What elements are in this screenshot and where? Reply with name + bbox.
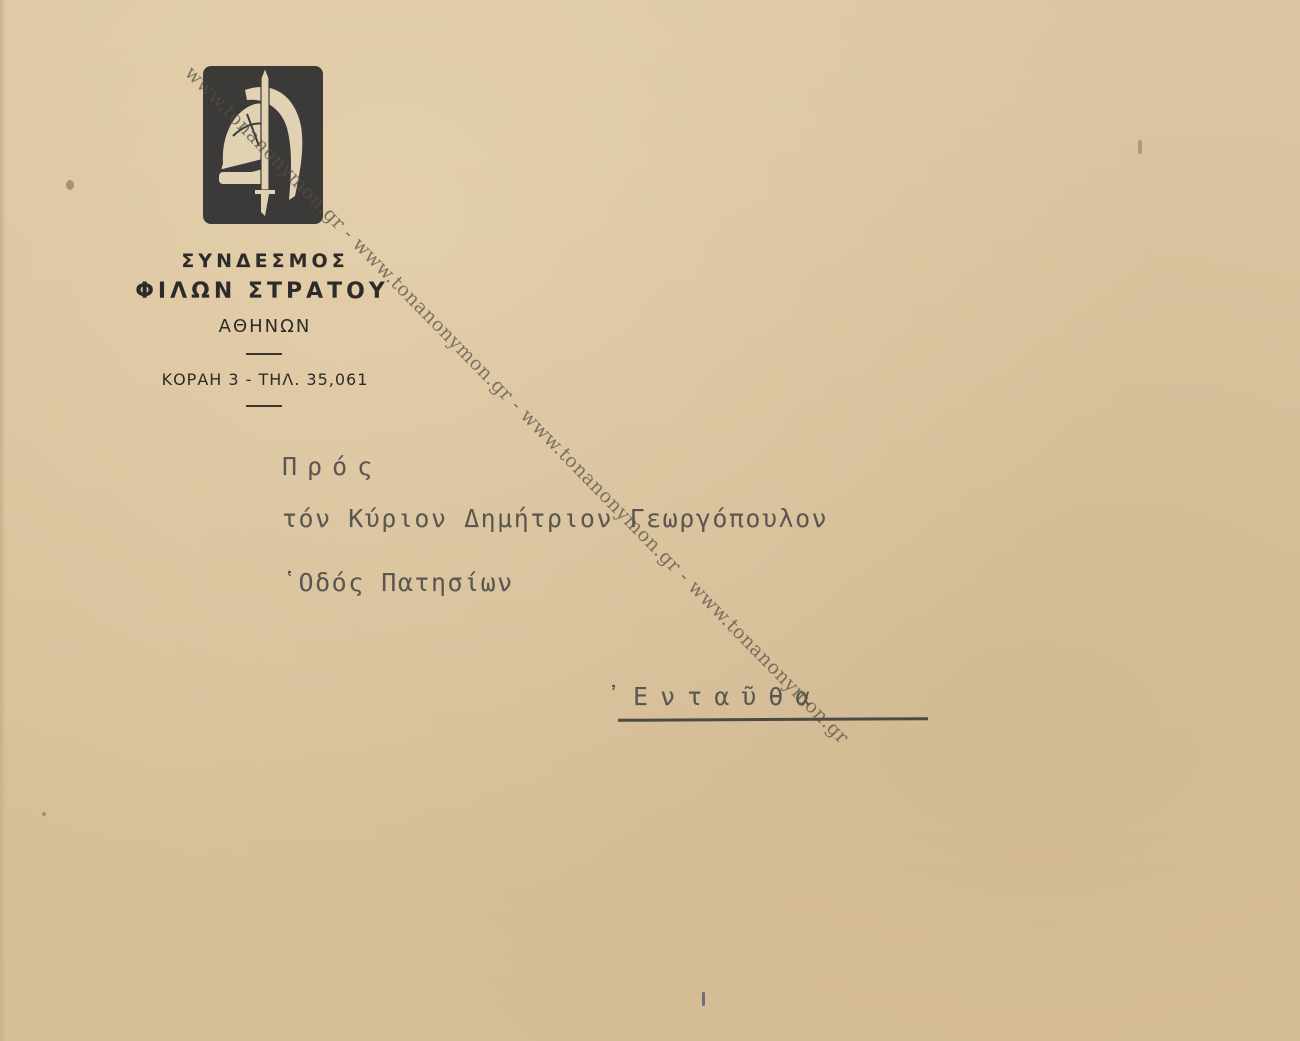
paper-speck (1138, 140, 1142, 154)
letterhead-city: ΑΘΗΝΩΝ (190, 316, 340, 337)
addressee-name: τόν Κύριον Δημήτριον Γεωργόπουλον (282, 504, 828, 533)
letterhead-org-line1: ΣΥΝΔΕΣΜΟΣ (150, 250, 380, 272)
addressee-salutation: Πρός (282, 452, 382, 481)
letterhead-divider (246, 405, 282, 407)
letterhead-divider (246, 353, 282, 355)
letterhead-org-line2: ΦΙΛΩΝ ΣΤΡΑΤΟΥ (112, 279, 412, 304)
paper-speck (66, 180, 74, 190)
addressee-street: ῾Οδός Πατησίων (282, 568, 514, 597)
letterhead-address: ΚΟΡΑΗ 3 - ΤΗΛ. 35,061 (120, 370, 410, 389)
paper-speck (42, 812, 46, 816)
envelope-edge (0, 0, 6, 1041)
ink-mark (702, 992, 705, 1006)
